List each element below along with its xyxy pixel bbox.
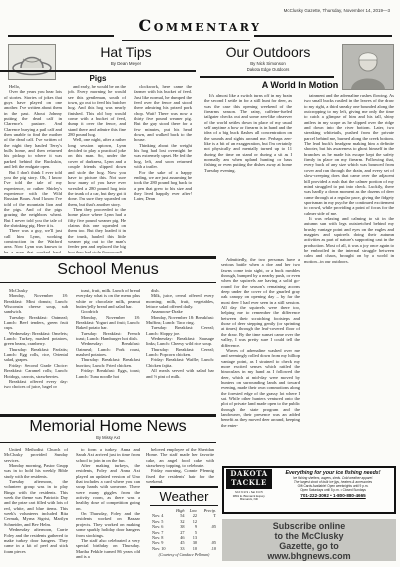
paragraph: All meals served with salad bar and ½ pi… [146,368,214,379]
paragraph: But I don't think I ever told you the pi… [4,170,62,229]
dakota-tackle-ad: DAKOTA TACKLE M-F 9 til 9 • Sat 9 til 5 … [222,466,396,514]
paragraph: Admittedly, the two personas have a seri… [221,257,300,348]
hat-tips-byline: By Dean Meyer [56,61,196,66]
paragraph: Then they proceeded to the home place wh… [68,207,126,253]
address-line-3: Bismarck, ND [233,498,266,502]
brand-line-2: TACKLE [226,479,272,488]
divider [122,40,250,41]
dakota-tackle-copy: Everything for your ice fishing needs! I… [273,469,393,511]
divider [0,442,216,443]
paragraph: toast, fruit, milk. Lunch of bread every… [76,288,140,309]
school-menus-title: School Menus [0,261,216,279]
paragraph: Monday, November 18: Breakfast: Muffins;… [146,315,214,326]
paragraph: After making turkeys, the residents, Fol… [76,463,140,511]
weather-cell: .10 [198,546,217,551]
paragraph: Wednesday afternoon, Carrie Foley and th… [4,527,68,554]
paragraph: Thursday: Breakfast: Parfaits; Lunch: Eg… [4,347,68,363]
subscribe-box: Subscribe onlineto the McCluskyGazette, … [222,519,396,561]
paragraph: Friday: Second Grade Choice: Breakfast: … [4,363,68,379]
paragraph: Thinking about the weight his hog had lo… [134,143,192,170]
divider [8,35,114,37]
section-bar [150,486,218,488]
paragraph: Breakfast offered every day: two choices… [4,379,68,390]
dakota-tackle-logo: DAKOTA TACKLE [226,469,272,489]
paragraph: It's almost like a switch turns off in m… [204,93,292,173]
memorial-column-1: United Methodist Church of McClusky prov… [4,447,68,561]
divider [254,35,392,37]
paragraph: Friday: Breakfast: Waffle; Lunch: Chicke… [146,357,214,368]
section-bar [0,414,216,417]
paragraph: There was a guy, we'll just call him Lyn… [4,228,62,253]
divider [0,282,216,283]
weather-cell: 33 [172,546,186,551]
paragraph: Monday, November 18: Breakfast: Mini don… [4,293,68,314]
paragraph: It was relaxing and calming to sit in th… [304,216,394,264]
divider [200,76,334,78]
paragraph: Monday morning, Pastor Grupp was in to h… [4,463,68,479]
paragraph: www.bhgnews.com [222,551,396,561]
paragraph: to the McClusky [222,531,396,541]
hat-tips-column-1: Hello,Over the years you hear lots of st… [4,84,62,253]
weather-table-body: Nov. 45422TNov. 53212Nov. 6389.05Nov. 72… [151,513,217,551]
hat-tips-column-2: and early, he would be on the job. Every… [68,84,126,253]
paragraph: United Methodist Church of McClusky prov… [4,447,68,463]
paragraph: Wednesday: Breakfast: Sausage links; Lun… [146,336,214,347]
paragraph: Thursday: Breakfast: Breakfast burritos;… [76,357,140,368]
paragraph: The staff also celebrated a very special… [76,538,140,559]
paragraph: Subscribe online [222,521,396,531]
school-menus-column-3: dish.Milk, juice, cereal offered every m… [146,288,214,408]
paragraph: Waves of adrenaline washed over me and s… [221,348,300,428]
paragraph: Tuesday: Breakfast: Cereal; Lunch: Slopp… [146,325,214,336]
paragraph: For the sake of a happy ending, we are j… [134,170,192,202]
paragraph: Tuesday: Breakfast: Oatmeal; Lunch: Beef… [4,315,68,331]
paragraph: Wednesday: Breakfast: Omelets; Lunch: Tu… [4,331,68,347]
hat-tips-title: Hat Tips [56,44,196,60]
paragraph: to form a turkey. Anna and Sarah Axt arr… [76,447,140,463]
paragraph: Milk, juice, cereal offered every mornin… [146,293,214,309]
memorial-byline: By Missy Axt [0,435,216,440]
paragraph: Tuesday: Breakfast: French toast; Lunch:… [76,331,140,342]
page-title: Commentary [0,16,400,35]
section-bar [0,256,216,259]
paragraph: Friday morning, Connie Pfennig fixed the… [146,468,214,484]
our-outdoors-title: Our Outdoors [200,44,336,60]
our-outdoors-byline: By Nick Simonson [200,61,336,66]
paragraph: Thursday: Breakfast: Cereal; Lunch: Popc… [146,347,214,358]
weather-row: Nov. 103310.10 [151,546,217,551]
memorial-column-3: beloved employee of the Sheridan Home. T… [146,447,214,491]
school-menus-column-1: McCluskyMonday, November 18: Breakfast: … [4,288,68,406]
world-in-motion-headline: A World In Motion [204,80,396,90]
weather-cell: 10 [186,546,198,551]
dakota-tackle-address: M-F 9 til 9 • Sat 9 til 5 3801 E. Bismar… [233,491,266,502]
paragraph: Gazette, go to [222,541,396,551]
divider [0,70,196,72]
divider [150,505,218,506]
our-outdoors-column-2: tainment and the adrenaline rushes flowi… [304,93,394,462]
ad-phone: 701-222-3092 • 1-800-880-4665 [275,493,391,499]
paragraph: Wednesday: Breakfast: Oatmeal; Lunch: Po… [76,341,140,357]
paragraph: Monday, November 18: Breakfast: Yogurt a… [76,315,140,331]
school-menus-column-2: toast, fruit, milk. Lunch of bread every… [76,288,140,406]
paragraph: Friday: Breakfast: Eggs, toast; Lunch: T… [76,368,140,379]
dakota-tackle-logo-block: DAKOTA TACKLE M-F 9 til 9 • Sat 9 til 5 … [225,469,273,511]
paragraph: beloved employee of the Sheridan Home. T… [146,447,214,468]
paragraph: Over the years you hear lots of stories.… [4,89,62,169]
pigs-headline: Pigs [0,74,196,83]
paragraph: Well, one night, after a rather long ses… [68,137,126,206]
memorial-column-2: to form a turkey. Anna and Sarah Axt arr… [76,447,140,561]
memorial-title: Memorial Home News [0,418,216,436]
weather-courtesy: (Courtesy of Candace Pellman) [146,552,222,557]
paragraph: On Thursday, Foley and the residents wor… [76,511,140,538]
weather-table: High Low Precip. Nov. 45422TNov. 53212No… [151,508,217,551]
our-outdoors-column-1-top: It's almost like a switch turns off in m… [204,93,292,253]
edition-line: McClusky Gazette, Thursday, November 14,… [284,8,390,13]
our-outdoors-byline2: Dakota Edge Outdoors [200,67,336,72]
paragraph: tainment and the adrenaline rushes flowi… [304,93,394,216]
weather-cell: Nov. 10 [151,546,172,551]
our-outdoors-column-1-bottom: Admittedly, the two personas have a seri… [221,257,300,462]
hat-tips-column-3: clockwork, here came the farmer with his… [134,84,192,253]
paragraph: and early, he would be on the job. Every… [68,84,126,137]
ad-line-4: Open Saturdays until 5 p.m. • Closed Sun… [275,488,391,492]
paragraph: clockwork, here came the farmer with his… [134,84,192,143]
paragraph: Tuesday afternoon, the volunteer group w… [4,479,68,527]
newspaper-page: McClusky Gazette, Thursday, November 14,… [0,0,400,567]
weather-title: Weather [150,489,218,504]
